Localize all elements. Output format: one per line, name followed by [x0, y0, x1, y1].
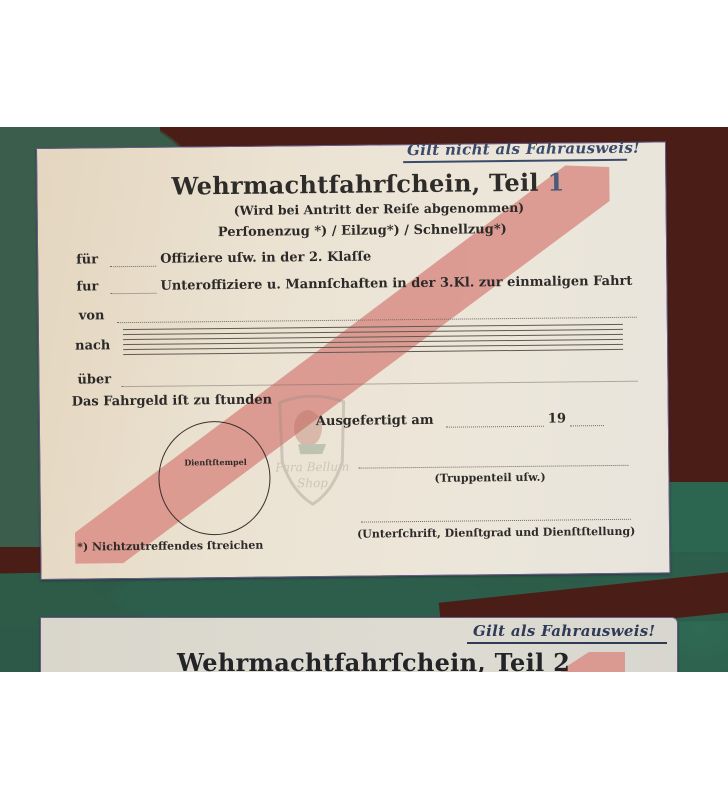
form-title-text: Wehrmachtfahrſchein, Teil	[171, 168, 539, 201]
form-part-number: 1	[547, 167, 564, 196]
form-title: Wehrmachtfahrſchein, Teil 1	[171, 167, 564, 200]
year-prefix: 19	[548, 411, 566, 426]
issued-label: Ausgefertigt am	[316, 413, 434, 429]
fare-note: Das Fahrgeld iſt zu ſtunden	[72, 393, 273, 410]
row-nco-blank	[111, 293, 157, 294]
von-label: von	[79, 308, 105, 323]
stamp-label: Dienſtſtempel	[184, 457, 247, 468]
watermark-line-1: Para Bellum	[272, 460, 352, 475]
unit-label: (Truppenteil uſw.)	[434, 471, 545, 485]
notice-underline-2	[467, 642, 667, 644]
signature-field	[361, 519, 631, 523]
row-officers-prefix: für	[76, 252, 98, 267]
camo-green-patch-right	[660, 482, 728, 552]
ueber-label: über	[77, 372, 111, 387]
unit-field	[358, 465, 628, 469]
official-stamp-circle	[158, 421, 271, 536]
row-nco-prefix: fur	[76, 279, 98, 294]
train-types: Perſonenzug *) / Eilzug*) / Schnellzug*)	[218, 222, 507, 240]
footnote: *) Nichtzutreffendes ſtreichen	[77, 539, 263, 554]
form-subtitle: (Wird bei Antritt der Reiſe abgenommen)	[234, 200, 525, 218]
nach-field-lines	[123, 324, 623, 359]
row-officers-blank	[110, 266, 156, 267]
not-valid-notice: Gilt nicht als Fahrausweis!	[407, 139, 640, 159]
row-officers-text: Offiziere uſw. in der 2. Klaſſe	[160, 249, 371, 266]
year-suffix-field	[570, 425, 604, 426]
row-nco-text: Unteroffiziere u. Mannſchaften in der 3.…	[160, 274, 632, 294]
ueber-field	[121, 381, 637, 387]
valid-notice: Gilt als Fahrausweis!	[473, 622, 655, 640]
notice-underline	[403, 159, 627, 163]
bottom-whitespace	[0, 672, 728, 800]
travel-voucher-part-1: Gilt nicht als Fahrausweis! Wehrmachtfah…	[36, 141, 670, 580]
watermark-line-2: Shop	[272, 476, 352, 491]
issued-date-field	[446, 426, 544, 428]
para-bellum-watermark: Para Bellum Shop	[272, 392, 353, 513]
shield-watermark-icon	[272, 392, 353, 513]
von-field	[117, 317, 637, 323]
nach-label: nach	[75, 338, 110, 353]
signature-label: (Unterſchrift, Dienſtgrad und Dienſtſtel…	[357, 525, 635, 541]
